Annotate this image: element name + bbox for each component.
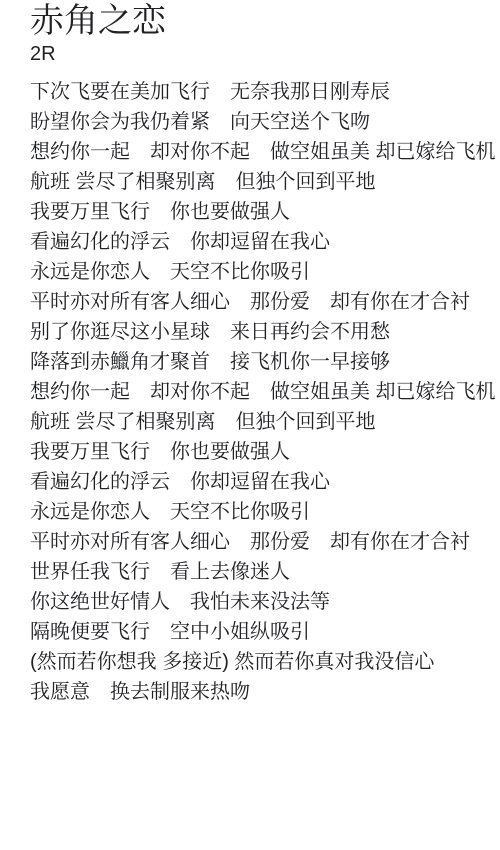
lyric-line: (然而若你想我 多接近) 然而若你真对我没信心 xyxy=(30,647,500,677)
lyrics-page: 赤角之恋 2R 下次飞要在美加飞行 无奈我那日刚寿辰 盼望你会为我仍着紧 向天空… xyxy=(0,0,500,850)
lyric-line: 别了你逛尽这小星球 来日再约会不用愁 xyxy=(30,317,500,347)
lyric-line: 想约你一起 却对你不起 做空姐虽美 却已嫁给飞机 xyxy=(30,377,500,407)
lyric-line: 我要万里飞行 你也要做强人 xyxy=(30,197,500,227)
lyric-line: 盼望你会为我仍着紧 向天空送个飞吻 xyxy=(30,107,500,137)
lyric-line: 下次飞要在美加飞行 无奈我那日刚寿辰 xyxy=(30,77,500,107)
lyric-line: 看遍幻化的浮云 你却逗留在我心 xyxy=(30,227,500,257)
lyrics-block: 下次飞要在美加飞行 无奈我那日刚寿辰 盼望你会为我仍着紧 向天空送个飞吻 想约你… xyxy=(30,77,500,707)
lyric-line: 我愿意 换去制服来热吻 xyxy=(30,677,500,707)
lyric-line: 航班 尝尽了相聚别离 但独个回到平地 xyxy=(30,167,500,197)
song-title: 赤角之恋 xyxy=(30,2,500,41)
lyric-line: 永远是你恋人 天空不比你吸引 xyxy=(30,497,500,527)
lyric-line: 你这绝世好情人 我怕未来没法等 xyxy=(30,587,500,617)
lyric-line: 隔晚便要飞行 空中小姐纵吸引 xyxy=(30,617,500,647)
lyric-line: 航班 尝尽了相聚别离 但独个回到平地 xyxy=(30,407,500,437)
artist-name: 2R xyxy=(30,43,500,65)
lyric-line: 永远是你恋人 天空不比你吸引 xyxy=(30,257,500,287)
lyric-line: 降落到赤鱲角才聚首 接飞机你一早接够 xyxy=(30,347,500,377)
lyric-line: 平时亦对所有客人细心 那份爱 却有你在才合衬 xyxy=(30,287,500,317)
lyric-line: 看遍幻化的浮云 你却逗留在我心 xyxy=(30,467,500,497)
lyric-line: 想约你一起 却对你不起 做空姐虽美 却已嫁给飞机 xyxy=(30,137,500,167)
lyric-line: 平时亦对所有客人细心 那份爱 却有你在才合衬 xyxy=(30,527,500,557)
lyric-line: 我要万里飞行 你也要做强人 xyxy=(30,437,500,467)
lyric-line: 世界任我飞行 看上去像迷人 xyxy=(30,557,500,587)
